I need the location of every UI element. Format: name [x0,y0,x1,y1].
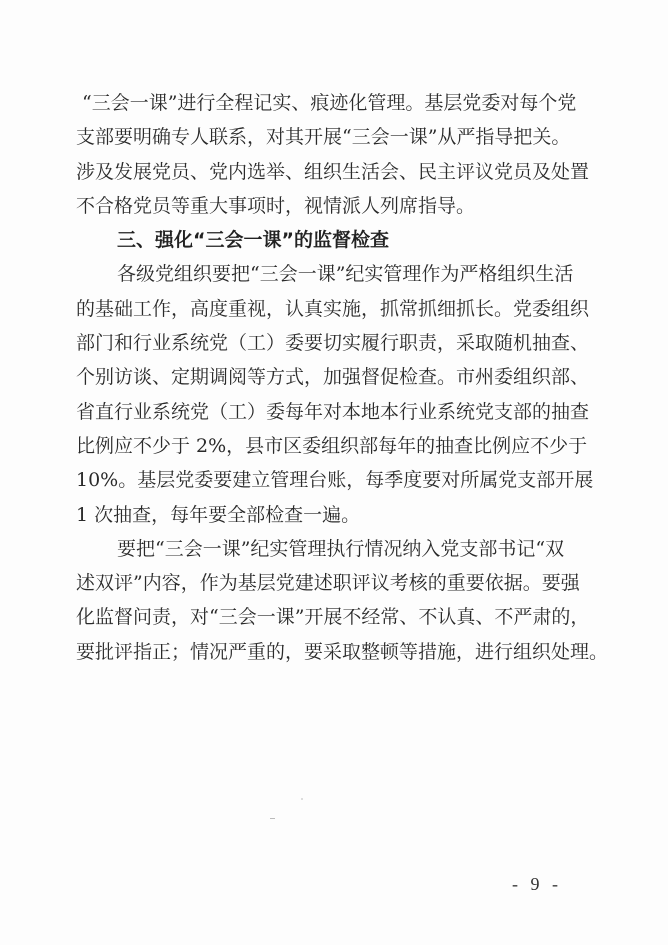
paragraph-line: 述双评”内容，作为基层党建述职评议考核的重要依据。要强 [76,566,554,600]
paragraph-line: 化监督问责，对“三会一课”开展不经常、不认真、不严肃的， [76,600,554,634]
paragraph-line: 省直行业系统党（工）委每年对本地本行业系统党支部的抽查 [76,395,554,429]
paragraph-line: 要把“三会一课”纪实管理执行情况纳入党支部书记“双 [76,532,554,566]
paragraph-line: 1 次抽查，每年要全部检查一遍。 [76,498,554,532]
paragraph-line: 的基础工作，高度重视，认真实施，抓常抓细抓长。党委组织 [76,292,554,326]
paragraph-line: 各级党组织要把“三会一课”纪实管理作为严格组织生活 [76,257,554,291]
paragraph-line: “三会一课”进行全程记实、痕迹化管理。基层党委对每个党 [76,86,554,120]
paragraph-line: 要批评指正；情况严重的，要采取整顿等措施，进行组织处理。 [76,635,554,669]
paragraph-line: 10%。基层党委要建立管理台账，每季度要对所属党支部开展 [76,463,554,497]
paragraph-line: 支部要明确专人联系，对其开展“三会一课”从严指导把关。 [76,120,554,154]
section-heading: 三、强化“三会一课”的监督检查 [76,223,554,257]
paragraph-line: 个别访谈、定期调阅等方式，加强督促检查。市州委组织部、 [76,360,554,394]
body-text: “三会一课”进行全程记实、痕迹化管理。基层党委对每个党 支部要明确专人联系，对其… [76,86,554,669]
paragraph-line: 涉及发展党员、党内选举、组织生活会、民主评议党员及处置 [76,155,554,189]
paragraph-line: 部门和行业系统党（工）委要切实履行职责，采取随机抽查、 [76,326,554,360]
paragraph-line: 比例应不少于 2%，县市区委组织部每年的抽查比例应不少于 [76,429,554,463]
scan-speck [301,798,303,800]
page-number: - 9 - [512,874,562,895]
paragraph-line: 不合格党员等重大事项时，视情派人列席指导。 [76,189,554,223]
scan-speck [270,818,275,819]
document-page: “三会一课”进行全程记实、痕迹化管理。基层党委对每个党 支部要明确专人联系，对其… [0,0,668,945]
